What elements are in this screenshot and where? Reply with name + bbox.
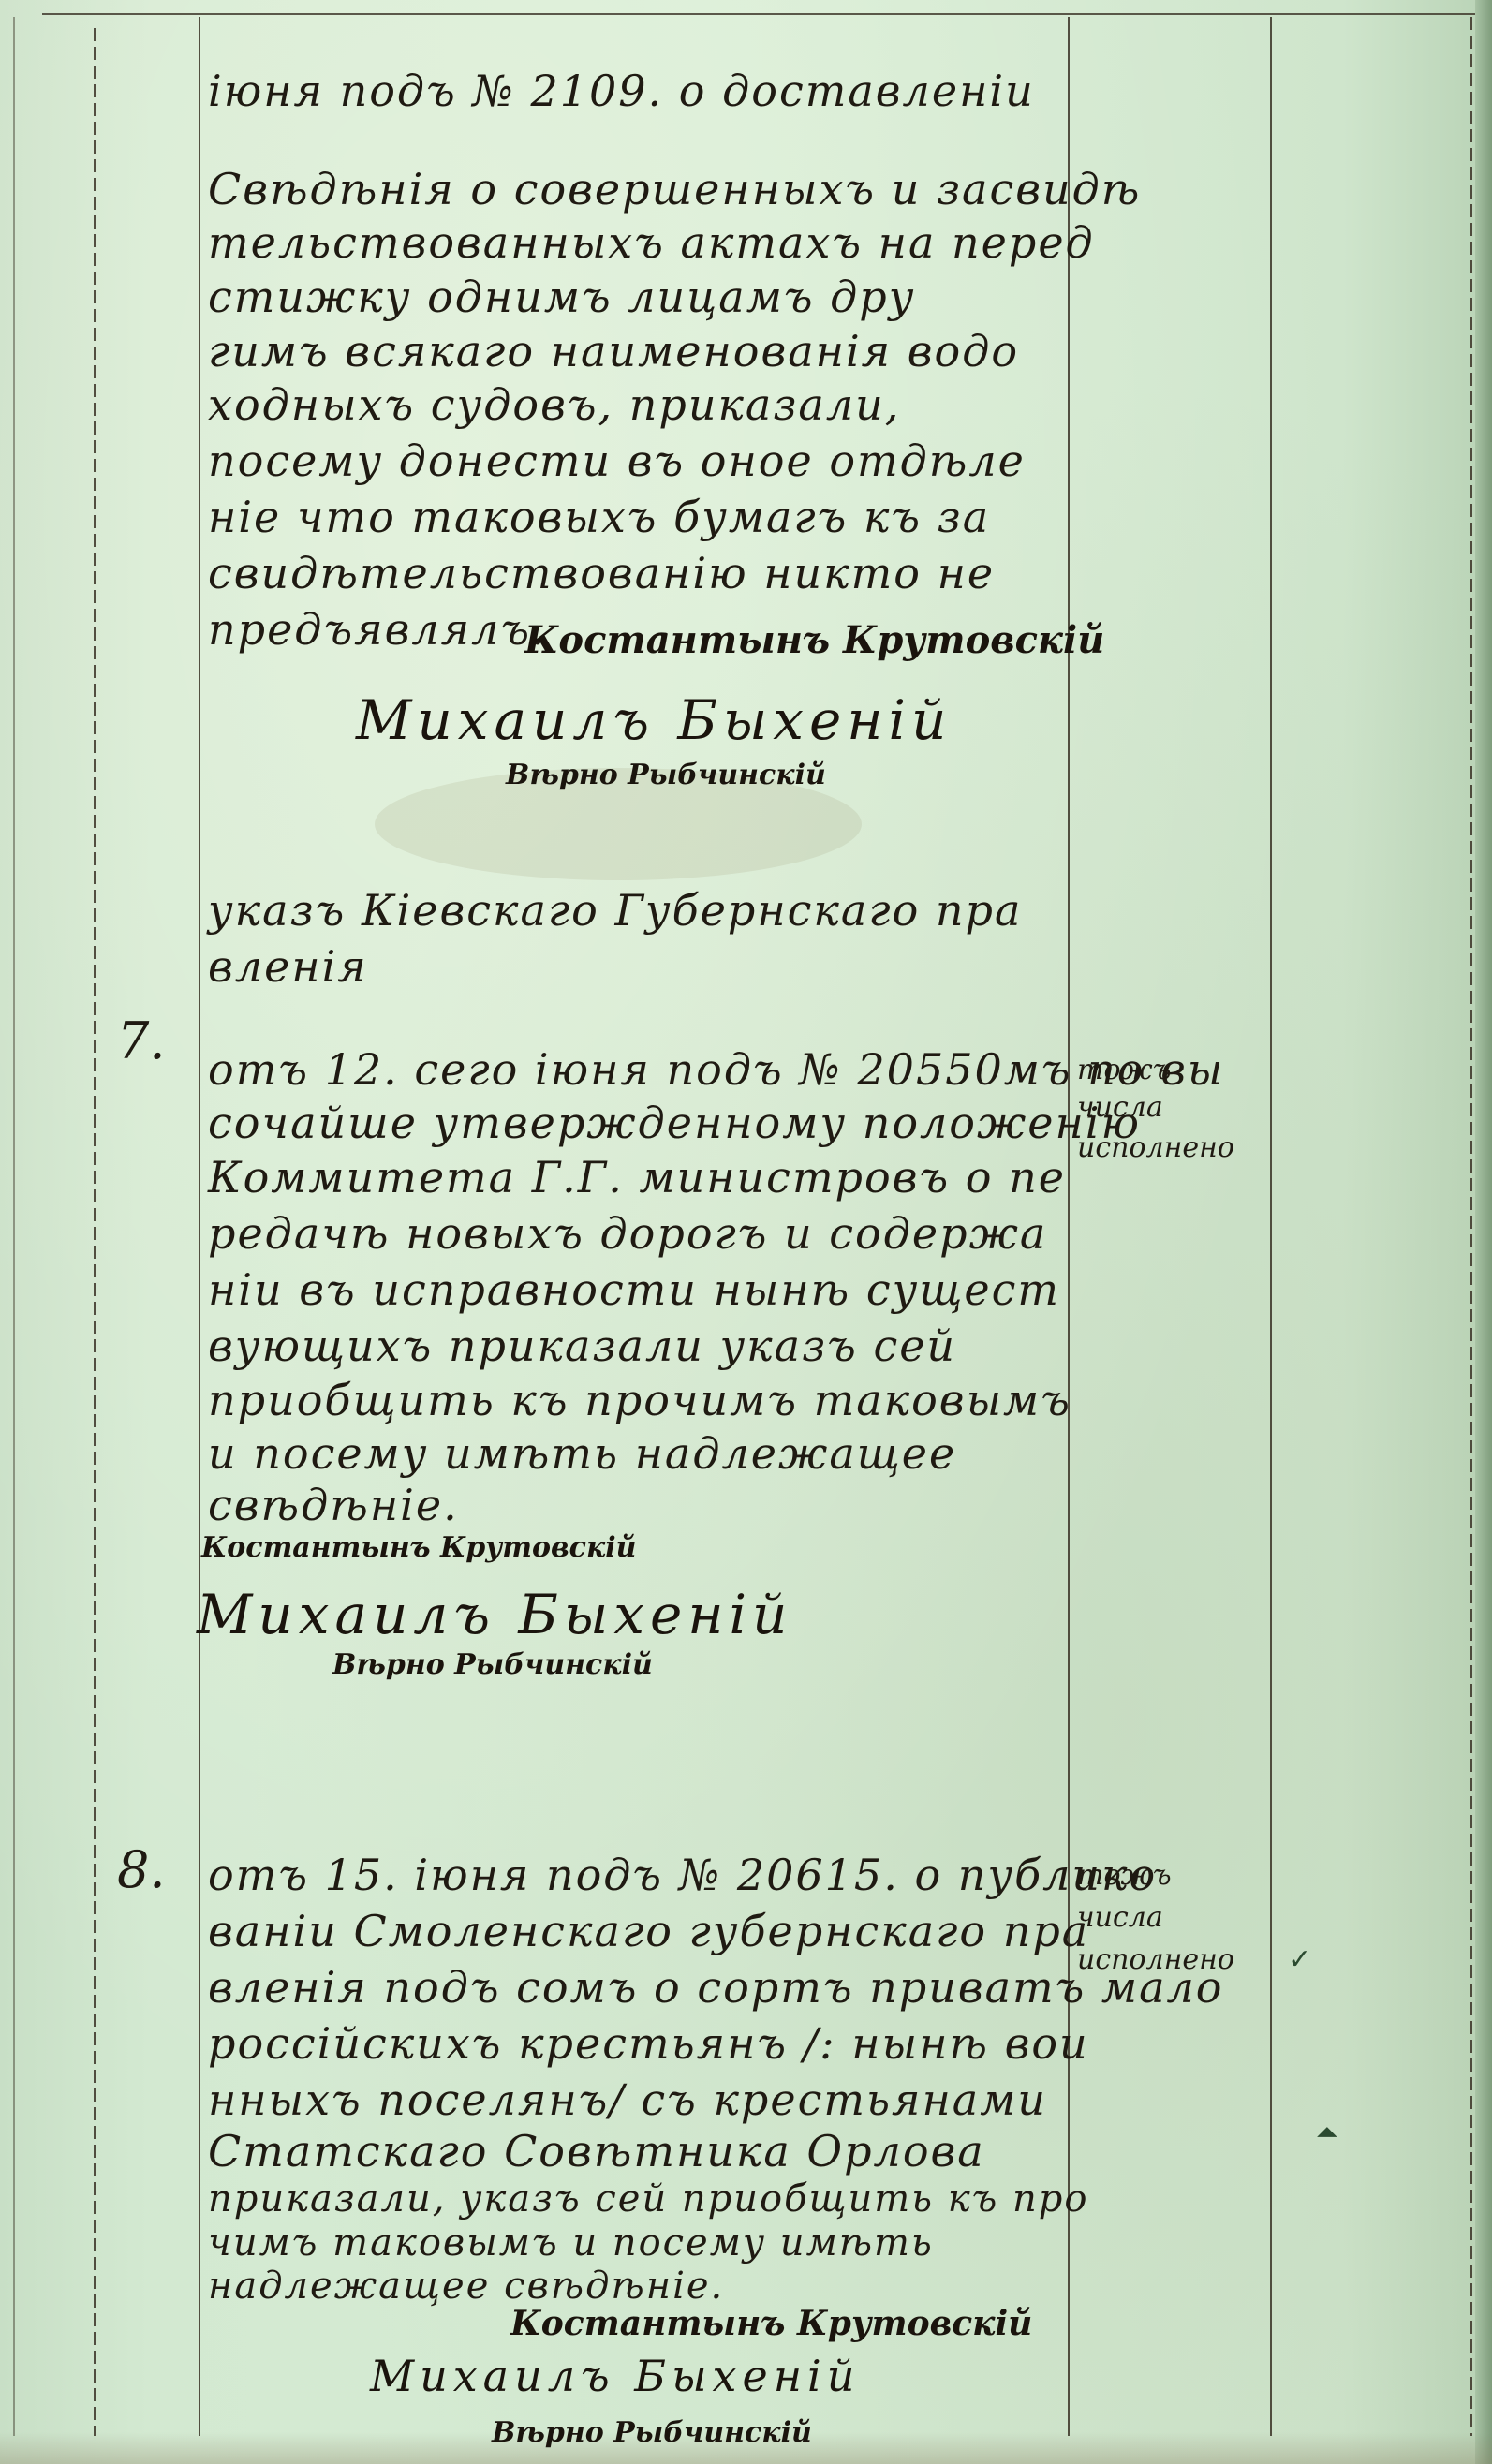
signature-scrawl: Михаилъ Быхеній [370, 2351, 860, 2401]
text-line: тельствованныхъ актахъ на перед [208, 217, 1070, 268]
text-line: чимъ таковымъ и посему имѣть [208, 2221, 1070, 2265]
text-line: посему донести въ оное отдѣле [208, 435, 1070, 486]
right-margin-rule [1470, 17, 1472, 2436]
text-line: и посему имѣть надлежащее [208, 1428, 1070, 1479]
text-line: ніи въ исправности нынѣ сущест [208, 1264, 1070, 1315]
text-line: вующихъ приказали указъ сей [208, 1321, 1070, 1371]
number-column-left-rule [94, 28, 96, 2436]
text-line: свидѣтельствованію никто не [208, 548, 1070, 598]
resolution-note-line: числа [1077, 1091, 1274, 1124]
heading-line: указъ Кіевскаго Губернскаго пра [208, 885, 1070, 936]
ink-blot-mark: ✓ [1288, 1943, 1311, 1976]
text-line: россійскихъ крестьянъ /: нынѣ вои [208, 2018, 1070, 2069]
text-column-left-rule [199, 17, 200, 2436]
resolution-note-line: тожъ [1077, 1054, 1274, 1086]
heading-line: вленія [208, 941, 1070, 992]
text-line: ходныхъ судовъ, приказали, [208, 379, 1070, 430]
text-line: гимъ всякаго наименованія водо [208, 326, 1070, 376]
text-line: Свѣдѣнія о совершенныхъ и засвидѣ [208, 164, 1070, 214]
binding-spine [1475, 0, 1492, 2464]
text-line: стижку однимъ лицамъ дру [208, 272, 1070, 322]
resolution-note-line: исполнено [1077, 1943, 1274, 1976]
text-line: свѣдѣніе. [208, 1480, 1070, 1530]
signature-official: Костантынъ Крутовскій [201, 1531, 636, 1564]
text-line: сочайше утвержденному положенію [208, 1098, 1070, 1148]
entry-number: 7. [117, 1011, 166, 1070]
outer-margin-rule [13, 17, 15, 2436]
resolution-note-line: исполнено [1077, 1131, 1274, 1164]
text-line: вленія подъ сомъ о сортъ приватъ мало [208, 1962, 1070, 2013]
signature-attest: Вѣрно Рыбчинскій [332, 1648, 653, 1681]
note-column-right-rule [1270, 17, 1272, 2436]
text-line: ваніи Смоленскаго губернскаго пра [208, 1906, 1070, 1956]
resolution-note-line: тожъ [1077, 1859, 1274, 1892]
text-line: іюня подъ № 2109. о доставленіи [208, 66, 1070, 116]
ink-blot-mark: ⏶ [1316, 2117, 1338, 2149]
top-rule [42, 13, 1475, 15]
entry-number: 8. [117, 1840, 166, 1899]
text-line: приказали, указъ сей приобщить къ про [208, 2177, 1070, 2221]
text-line: приобщить къ прочимъ таковымъ [208, 1375, 1070, 1425]
text-line: нныхъ поселянъ/ съ крестьянами [208, 2074, 1070, 2125]
signature-official: Костантынъ Крутовскій [510, 2304, 1032, 2343]
text-line: Статскаго Совѣтника Орлова [208, 2126, 1070, 2176]
text-line: ніе что таковыхъ бумагъ къ за [208, 492, 1070, 542]
signature-scrawl: Михаилъ Быхеній [197, 1583, 792, 1646]
text-line: Коммитета Г.Г. министровъ о пе [208, 1152, 1070, 1202]
text-line: надлежащее свѣдѣніе. [208, 2265, 1070, 2308]
text-line: отъ 12. сего іюня подъ № 20550мъ по вы [208, 1044, 1070, 1095]
signature-attest: Вѣрно Рыбчинскій [492, 2416, 812, 2449]
signature-attest: Вѣрно Рыбчинскій [506, 759, 826, 791]
signature-scrawl: Михаилъ Быхеній [356, 688, 952, 752]
text-line: отъ 15. іюня подъ № 20615. о публико [208, 1850, 1070, 1900]
resolution-note-line: числа [1077, 1901, 1274, 1934]
signature-official: Костантынъ Крутовскій [524, 618, 1104, 662]
text-line: редачѣ новыхъ дорогъ и содержа [208, 1208, 1070, 1259]
